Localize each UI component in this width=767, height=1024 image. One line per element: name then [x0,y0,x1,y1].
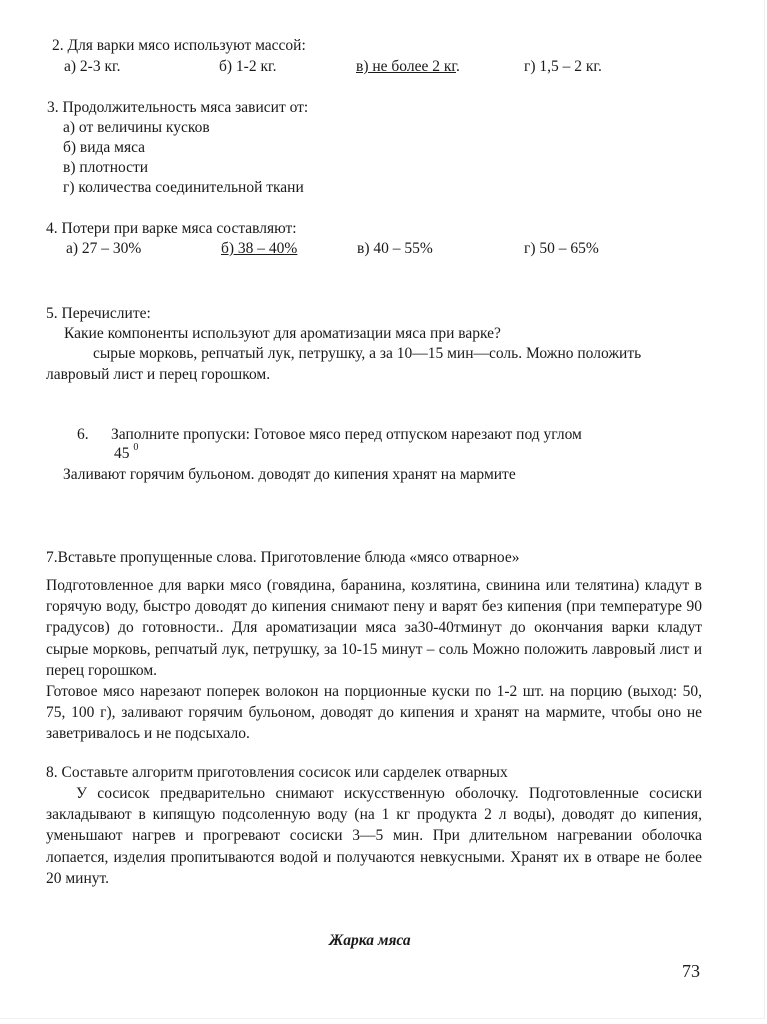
q7-title: 7.Вставьте пропущенные слова. Приготовле… [46,549,519,567]
q5-answer-line1: сырые морковь, репчатый лук, петрушку, а… [93,345,641,363]
q5-answer-line2: лавровый лист и перец горошком. [46,366,270,384]
q2-option-c-selected: в) не более 2 кг. [356,58,460,76]
q2-option-c-text: в) не более 2 кг [356,58,456,75]
q8-body: У сосисок предварительно снимают искусст… [46,783,702,889]
q4-title: 4. Потери при варке мяса составляют: [46,220,297,238]
q5-question: Какие компоненты используют для ароматиз… [64,325,501,343]
q6-title: Заполните пропуски: Готовое мясо перед о… [111,426,582,444]
q2-option-c-suffix: . [456,58,460,75]
q3-option-c: в) плотности [63,159,148,177]
q8-title: 8. Составьте алгоритм приготовления соси… [46,764,508,782]
q4-option-a: а) 27 – 30% [66,240,141,258]
q6-degree-mark: 0 [133,442,138,453]
page-number: 73 [682,962,700,980]
q7-paragraph-1: Подготовленное для варки мясо (говядина,… [46,575,702,681]
q3-title: 3. Продолжительность мяса зависит от: [47,99,308,117]
q8-paragraph: У сосисок предварительно снимают искусст… [46,783,702,889]
q7-paragraph-2: Готовое мясо нарезают поперек волокон на… [46,681,702,745]
q2-option-a: а) 2-3 кг. [64,58,120,76]
section-heading: Жарка мяса [329,932,411,950]
q6-answer: Заливают горячим бульоном. доводят до ки… [63,466,516,484]
q4-option-c: в) 40 – 55% [357,240,433,258]
q2-option-d: г) 1,5 – 2 кг. [524,58,602,76]
q3-option-d: г) количества соединительной ткани [63,179,304,197]
q6-angle: 45 0 [114,445,138,463]
q7-body: Подготовленное для варки мясо (говядина,… [46,575,702,745]
q2-title: 2. Для варки мясо используют массой: [52,37,306,55]
document-page: 2. Для варки мясо используют массой: а) … [0,0,765,1019]
q4-option-b-selected: б) 38 – 40% [221,240,297,258]
q3-option-a: а) от величины кусков [63,119,210,137]
q6-number: 6. [77,426,89,444]
q2-option-b: б) 1-2 кг. [219,58,276,76]
q5-title: 5. Перечислите: [46,305,151,323]
q4-option-d: г) 50 – 65% [524,240,599,258]
q3-option-b: б) вида мяса [63,139,145,157]
q6-angle-value: 45 [114,445,130,462]
